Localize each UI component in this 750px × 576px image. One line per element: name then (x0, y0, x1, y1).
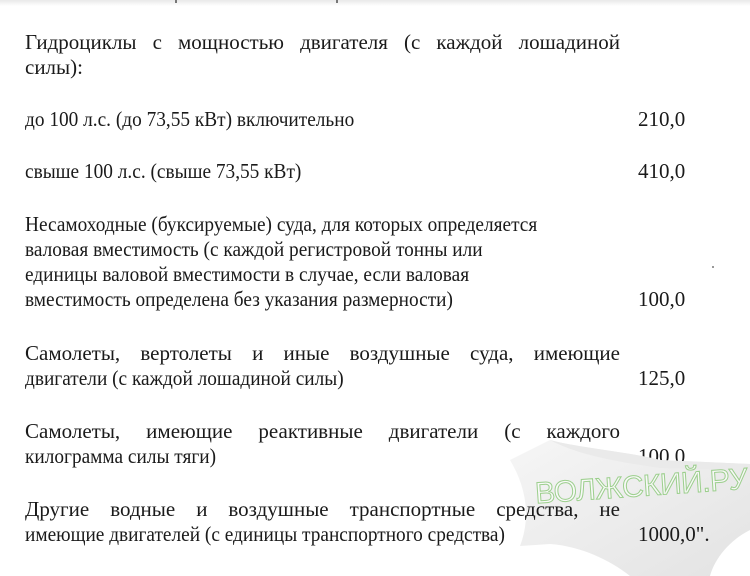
entry-text-line: вместимость определена без указания разм… (25, 287, 620, 312)
page-edge-mark (336, 0, 338, 3)
entry-text-line: силы): (25, 55, 620, 80)
entry-jet-aircraft: Самолеты, имеющие реактивные двигатели (… (25, 419, 725, 469)
entry-text-line: свыше 100 л.с. (свыше 73,55 кВт) (25, 159, 620, 184)
page-edge-mark (175, 0, 177, 3)
entry-jet-skis-up-to-100hp: до 100 л.с. (до 73,55 кВт) включительно … (25, 107, 725, 132)
entry-rate-value: 210,0 (638, 107, 685, 132)
page-top-edge (0, 0, 750, 6)
entry-rate-value: 100,0 (638, 444, 685, 469)
entry-rate-value: 125,0 (638, 366, 685, 391)
document-page: Гидроциклы с мощностью двигателя (с кажд… (0, 0, 750, 576)
entry-jet-skis-over-100hp: свыше 100 л.с. (свыше 73,55 кВт) 410,0 (25, 159, 725, 184)
entry-rate-value: 1000,0". (638, 522, 710, 547)
entry-text-line: валовая вместимость (с каждой регистрово… (25, 237, 620, 262)
entry-other-vehicles-without-engines: Другие водные и воздушные транспортные с… (25, 497, 725, 547)
entry-aircraft-with-engines: Самолеты, вертолеты и иные воздушные суд… (25, 341, 725, 391)
entry-text-line: единицы валовой вместимости в случае, ес… (25, 262, 620, 287)
entry-rate-value: 100,0 (638, 287, 685, 312)
entry-text-line: Самолеты, имеющие реактивные двигатели (… (25, 419, 620, 444)
entry-text-line: Гидроциклы с мощностью двигателя (с кажд… (25, 30, 620, 55)
entry-text-line: Другие водные и воздушные транспортные с… (25, 497, 620, 522)
entry-text-line: имеющие двигателей (с единицы транспортн… (25, 522, 620, 547)
scan-speck (712, 266, 714, 268)
entry-text-line: килограмма силы тяги) (25, 444, 620, 469)
entry-rate-value: 410,0 (638, 159, 685, 184)
entry-text-line: двигатели (с каждой лошадиной силы) (25, 366, 620, 391)
entry-jet-skis-heading: Гидроциклы с мощностью двигателя (с кажд… (25, 30, 725, 80)
entry-non-self-propelled-vessels: Несамоходные (буксируемые) суда, для кот… (25, 212, 725, 312)
entry-text-line: Самолеты, вертолеты и иные воздушные суд… (25, 341, 620, 366)
entry-text-line: Несамоходные (буксируемые) суда, для кот… (25, 212, 620, 237)
entry-text-line: до 100 л.с. (до 73,55 кВт) включительно (25, 107, 620, 132)
